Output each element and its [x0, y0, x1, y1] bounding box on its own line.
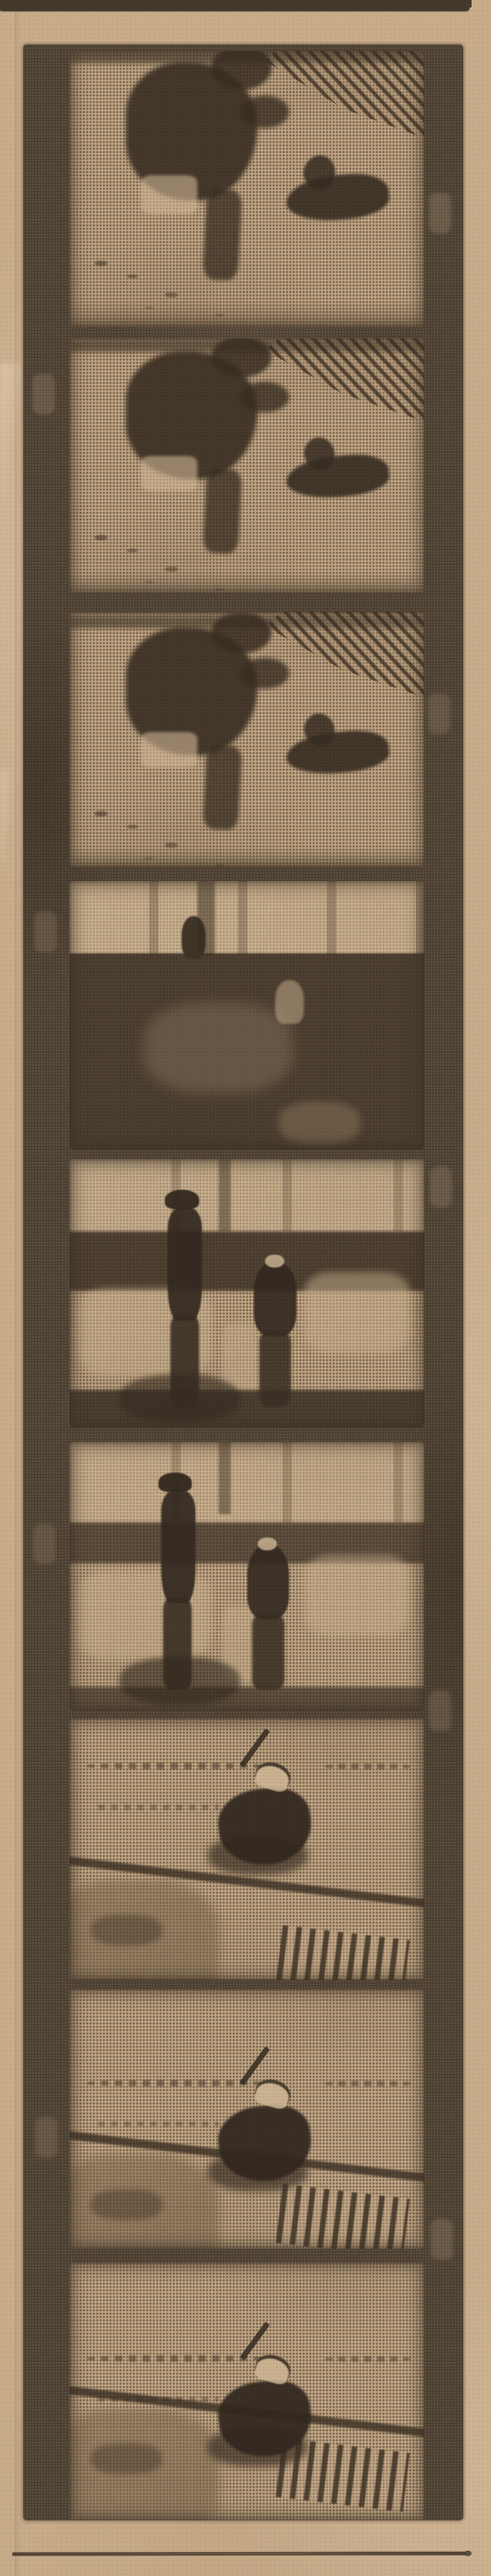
film-frame-5: [69, 1159, 424, 1428]
ground-marks: [94, 811, 107, 817]
stone-shadow-patch: [91, 1915, 162, 1946]
parapet-wall-shape: [69, 881, 424, 956]
paper-crease-highlight: [0, 770, 19, 862]
film-frame-7: [69, 1718, 424, 1980]
striped-awning-shape: [265, 612, 424, 701]
chair-highlight-shape: [141, 175, 197, 214]
wave-line-right: [325, 1764, 410, 1769]
balusters-shape: [276, 1925, 410, 1980]
dark-foliage-upper-shape: [211, 612, 271, 653]
chair-highlight-shape: [141, 456, 197, 492]
wave-line-right: [325, 2081, 410, 2086]
ground-shadow: [69, 847, 424, 867]
fence-wall-shape: [69, 1159, 424, 1231]
scene-railing-climb: [69, 1989, 424, 2249]
child-silhouette: [247, 1544, 290, 1619]
wall-joint-shape: [219, 1159, 231, 1231]
wave-line-right: [325, 2356, 410, 2362]
film-frame-8: [69, 1989, 424, 2249]
wall-joint-shape: [219, 1442, 231, 1514]
man-silhouette: [168, 1207, 202, 1320]
dark-foliage-upper-shape: [211, 51, 271, 90]
wave-line-lower: [98, 1804, 219, 1810]
ground-shadow: [69, 300, 424, 327]
scene-railing-climb: [69, 1718, 424, 1980]
man-hat-shape: [165, 1190, 198, 1208]
newsprint-page: [0, 0, 491, 2576]
scene-veranda-fall: [69, 618, 424, 868]
dark-branch-shape: [240, 658, 290, 689]
chair-highlight-shape: [141, 732, 197, 768]
parasol-stick-shape: [240, 2047, 271, 2085]
man-silhouette: [161, 1490, 195, 1603]
adjacent-print-band: [0, 0, 470, 11]
child-legs-shape: [252, 1614, 283, 1690]
wave-line-lower: [98, 2122, 219, 2127]
dark-branch-shape: [240, 96, 290, 129]
standing-figure-shape: [202, 188, 242, 281]
ground-dark-patch: [120, 1374, 240, 1422]
horizontal-rule: [12, 2552, 466, 2557]
film-frame-2: [69, 338, 424, 593]
stone-shadow-patch: [91, 2189, 162, 2221]
film-frame-4: [69, 881, 424, 1150]
striped-awning-shape: [265, 338, 424, 426]
filmstrip: [23, 45, 463, 2520]
film-frame-9: [69, 2263, 424, 2520]
scene-veranda-fall: [69, 51, 424, 327]
scene-dark-courtyard: [69, 881, 424, 1150]
standing-figure-shape: [202, 467, 242, 554]
wave-line-left: [87, 2080, 261, 2086]
man-hat-shape: [158, 1473, 192, 1491]
light-ground-right: [304, 1272, 410, 1353]
balusters-shape: [276, 2184, 410, 2249]
paper-crease-highlight: [0, 363, 24, 503]
film-frame-3: [69, 612, 424, 867]
fence-wall-shape: [69, 1442, 424, 1523]
light-figure-shape: [275, 980, 304, 1023]
fallen-figure-shape: [284, 171, 391, 223]
light-ground-right: [304, 1555, 410, 1636]
standing-figure-shape: [202, 744, 242, 830]
parasol-stick-shape: [240, 1728, 271, 1767]
ground-shadow: [69, 570, 424, 593]
dark-branch-shape: [240, 382, 290, 413]
film-frame-1: [69, 51, 424, 327]
ground-marks: [94, 535, 107, 541]
scene-man-and-child: [69, 1159, 424, 1428]
fallen-figure-shape: [284, 452, 390, 502]
dark-foliage-upper-shape: [211, 338, 271, 376]
striped-awning-shape: [265, 51, 424, 142]
child-cap-highlight: [265, 1255, 284, 1269]
light-patch-centre: [144, 1002, 293, 1094]
film-frame-6: [69, 1442, 424, 1711]
parasol-stick-shape: [240, 2322, 271, 2361]
ground-dark-patch: [120, 1657, 240, 1705]
stone-shadow-patch: [91, 2443, 162, 2474]
light-patch-right: [279, 1102, 360, 1144]
child-silhouette: [254, 1261, 296, 1336]
scene-railing-climb: [69, 2263, 424, 2520]
fallen-figure-shape: [284, 727, 390, 777]
ground-marks: [94, 261, 107, 266]
scene-veranda-fall: [69, 341, 424, 593]
scene-man-and-child: [69, 1442, 424, 1711]
wave-line-left: [87, 1763, 261, 1769]
frames-column: [23, 45, 463, 2520]
wave-line-left: [87, 2355, 261, 2362]
tiny-figure-shape: [182, 916, 207, 959]
